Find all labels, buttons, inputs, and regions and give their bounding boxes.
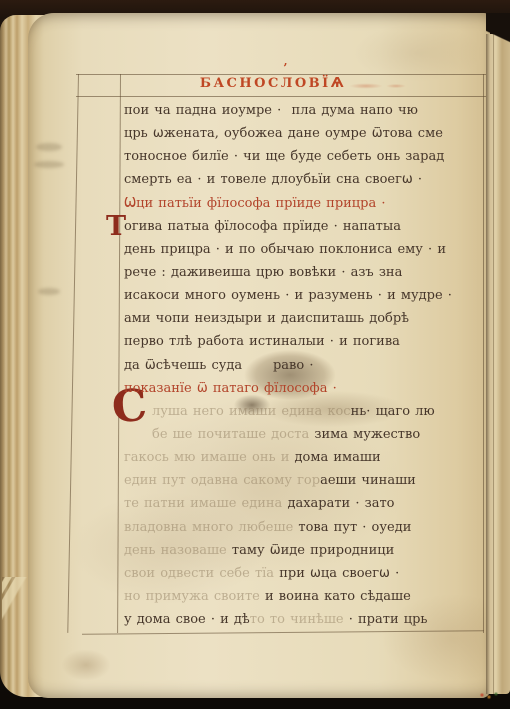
text-line: день прицра · и по обычаю поклониса ему …: [124, 238, 480, 261]
frame-line-right: [483, 74, 484, 633]
text-segment: дома имаши: [295, 450, 381, 465]
manuscript-page: ʼ БАСНОСЛОВЇѦ С пои ча падна иоумре · пл…: [28, 13, 490, 698]
text-segment: Т: [106, 217, 122, 237]
text-line: рече : даживеиша црю вовѣки · азъ зна: [124, 261, 480, 284]
text-segment: пои ча падна иоумре · пла дума напо чю: [124, 103, 418, 118]
text-line: показанїе ѿ патаго фїлософа ·: [124, 377, 480, 400]
text-segment: день назоваше: [124, 543, 232, 558]
text-segment: гакось мю имаше онь и: [124, 450, 295, 465]
corner-ornament: [478, 689, 502, 702]
text-line: гакось мю имаше онь и дома имаши: [124, 446, 480, 469]
frame-line-left-inner: [117, 74, 121, 633]
text-segment: това пут · оуеди: [298, 520, 411, 535]
faded-red-smudge: [348, 81, 408, 91]
text-segment: нь· щаго лю: [351, 404, 435, 419]
frame-line-left-outer: [67, 74, 79, 633]
gutter-crease: [493, 34, 494, 694]
text-line: свои одвести себе тїа при ѡца своегѡ ·: [124, 562, 480, 585]
text-segment: и воина като сѣдаше: [265, 589, 411, 604]
text-segment: рече : даживеиша црю вовѣки · азъ зна: [124, 265, 402, 280]
text-segment: при ѡца своегѡ ·: [279, 566, 399, 581]
text-line: исакоси много оумень · и разумень · и му…: [124, 284, 480, 307]
bleedthrough-mark: [38, 288, 60, 295]
text-segment: исакоси много оумень · и разумень · и му…: [124, 288, 452, 303]
text-line: смерть еа · и товеле длоубьїи сна своегѡ…: [124, 168, 480, 191]
text-segment: един пут одавна сакому гор: [124, 473, 320, 488]
text-line: тоносное билїе · чи ще буде себеть онь з…: [124, 145, 480, 168]
frame-line-top-2: [76, 96, 486, 97]
text-line: но примужа своите и воина като сѣдаше: [124, 585, 480, 608]
text-segment: смерть еа · и товеле длоубьїи сна своегѡ…: [124, 172, 422, 187]
text-segment: владовна много любеше: [124, 520, 298, 535]
text-segment: те патни имаше едина: [124, 496, 287, 511]
text-segment: показанїе ѿ патаго фїлософа ·: [124, 381, 337, 396]
text-segment: дахарати · зато: [287, 496, 394, 511]
text-line: луша него имаши едина коснь· щаго лю: [124, 400, 480, 423]
text-segment: · прати црь: [349, 612, 428, 627]
text-segment: огива патыа фїлософа прїиде · напатыа: [124, 219, 401, 234]
text-segment: црь ѡжената, оубожеа дане оумре ѿтова см…: [124, 126, 443, 141]
text-line: те патни имаше едина дахарати · зато: [124, 492, 480, 515]
text-segment: луша него имаши едина кос: [152, 404, 351, 419]
text-segment: ами чопи неиздыри и даиспиташь добрѣ: [124, 311, 409, 326]
bleedthrough-mark: [34, 161, 64, 168]
frame-line-top-1: [76, 74, 486, 75]
text-line: перво тлѣ работа истиналыи · и погива: [124, 330, 480, 353]
cover-corner-wedge: [486, 13, 510, 65]
text-segment: но примужа своите: [124, 589, 265, 604]
text-line: Ѡци патьїи фїлософа прїиде прицра ·: [124, 192, 480, 215]
text-segment: то то чинѣше: [250, 612, 349, 627]
text-line: ами чопи неиздыри и даиспиташь добрѣ: [124, 307, 480, 330]
text-segment: бе ше почиташе доста: [152, 427, 314, 442]
text-line: у дома свое · и дѣто то чинѣше · прати ц…: [124, 608, 480, 631]
text-segment: таму ѿиде природници: [232, 543, 394, 558]
text-segment: да ѿсѣчешь суда: [124, 358, 242, 373]
text-segment: зима мужество: [314, 427, 420, 442]
red-tick-mark: ʼ: [283, 61, 287, 75]
text-lines: пои ча падна иоумре · пла дума напо чюцр…: [124, 99, 480, 631]
text-line: день назоваше таму ѿиде природници: [124, 539, 480, 562]
text-segment: свои одвести себе тїа: [124, 566, 279, 581]
text-segment: день прицра · и по обычаю поклониса ему …: [124, 242, 446, 257]
manuscript-photo: ʼ БАСНОСЛОВЇѦ С пои ча падна иоумре · пл…: [0, 0, 510, 709]
bleedthrough-mark: [36, 143, 62, 151]
binding-gutter: [486, 34, 510, 694]
text-line: црь ѡжената, оубожеа дане оумре ѿтова см…: [124, 122, 480, 145]
text-segment: аеши чинаши: [320, 473, 416, 488]
text-line: владовна много любеше това пут · оуеди: [124, 516, 480, 539]
text-segment: раво ·: [273, 358, 313, 373]
text-segment: тоносное билїе · чи ще буде себеть онь з…: [124, 149, 444, 164]
text-line: Тогива патыа фїлософа прїиде · напатыа: [124, 215, 480, 238]
text-line: пои ча падна иоумре · пла дума напо чю: [124, 99, 480, 122]
text-line: да ѿсѣчешь суда раво ·: [124, 354, 480, 377]
text-segment: перво тлѣ работа истиналыи · и погива: [124, 334, 400, 349]
text-segment: Ѡци патьїи фїлософа прїиде прицра ·: [124, 196, 386, 211]
text-segment: у дома свое · и дѣ: [124, 612, 250, 627]
text-line: бе ше почиташе доста зима мужество: [124, 423, 480, 446]
text-line: един пут одавна сакому гораеши чинаши: [124, 469, 480, 492]
